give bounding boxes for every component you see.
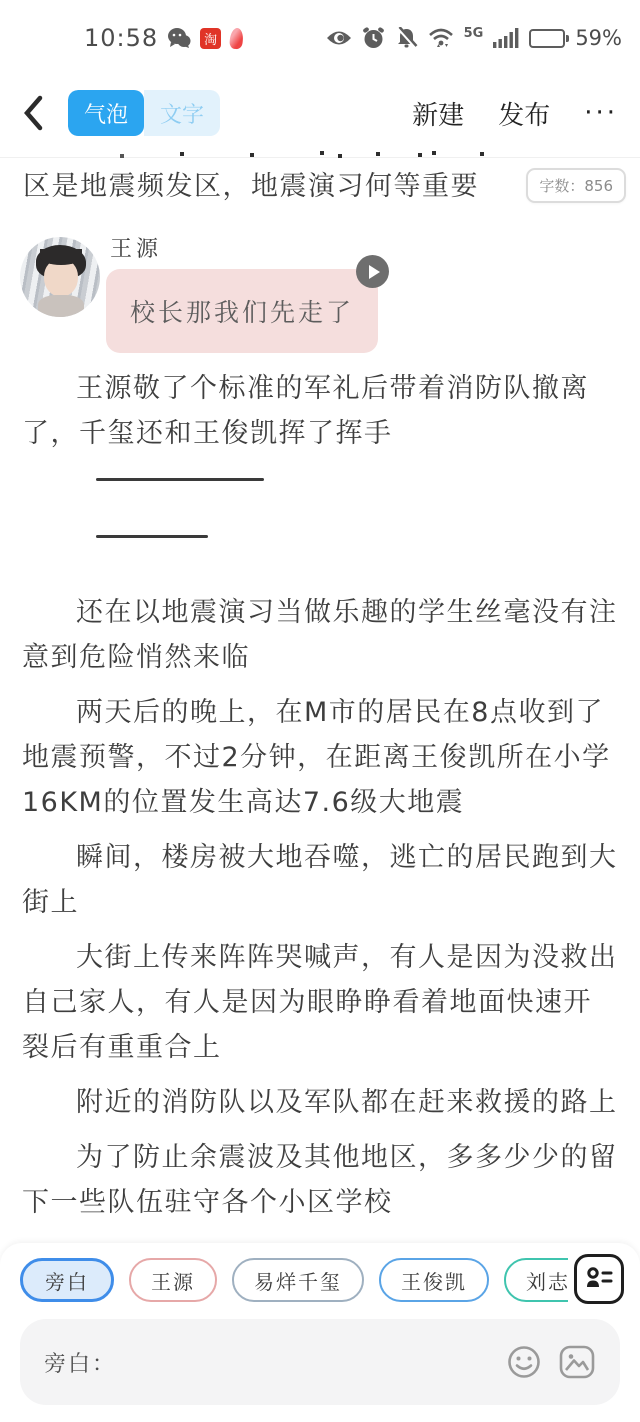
chip-wangyuan[interactable]: 王源 — [129, 1258, 217, 1302]
message-input[interactable]: 旁白： — [20, 1319, 620, 1405]
emoji-icon[interactable] — [506, 1344, 542, 1380]
bell-muted-icon — [395, 27, 418, 49]
chip-yiyangqianxi[interactable]: 易烊千玺 — [232, 1258, 364, 1302]
story-line-top[interactable]: 区是地震频发区，地震演习何等重要 — [23, 164, 526, 203]
status-bar: 10:58 淘 5G 59% — [0, 0, 640, 62]
story-paragraph[interactable]: 为了防止余震波及其他地区，多多少少的留下一些队伍驻守各个小区学校 — [22, 1135, 620, 1225]
tab-bubble-mode[interactable]: 气泡 — [68, 90, 144, 136]
story-paragraph[interactable]: 还在以地震演习当做乐趣的学生丝毫没有注意到危险悄然来临 — [22, 590, 620, 680]
play-audio-button[interactable] — [356, 255, 389, 288]
chat-bubble[interactable]: 校长那我们先走了 — [106, 269, 378, 353]
clipped-text-fragments — [180, 152, 184, 156]
flame-icon — [229, 27, 244, 49]
taobao-icon: 淘 — [200, 28, 221, 49]
chip-liuzhi[interactable]: 刘志 — [504, 1258, 568, 1302]
composer-panel: 旁白 王源 易烊千玺 王俊凯 刘志 旁白： — [0, 1243, 640, 1422]
story-body[interactable]: 王源敬了个标准的军礼后带着消防队撤离了，千玺还和王俊凯挥了挥手 还在以地震演习当… — [22, 366, 620, 1235]
back-button[interactable] — [22, 93, 52, 133]
mode-toggle: 气泡 文字 — [68, 90, 220, 136]
network-type-label: 5G — [464, 26, 484, 41]
story-paragraph[interactable]: 两天后的晚上，在M市的居民在8点收到了地震预警，不过2分钟，在距离王俊凯所在小学… — [22, 690, 620, 825]
signal-bars-icon — [493, 28, 519, 48]
story-paragraph[interactable]: 附近的消防队以及军队都在赶来救援的路上 — [22, 1080, 620, 1125]
tab-text-mode[interactable]: 文字 — [144, 90, 220, 136]
input-prefix-label: 旁白： — [44, 1347, 116, 1378]
text-divider-line — [96, 478, 264, 481]
text-divider-line — [96, 535, 208, 538]
wechat-icon — [167, 27, 191, 49]
character-list-button[interactable] — [574, 1254, 624, 1304]
image-icon[interactable] — [558, 1344, 596, 1380]
chip-wangjunkai[interactable]: 王俊凯 — [379, 1258, 489, 1302]
header-divider — [0, 157, 640, 158]
story-paragraph[interactable]: 瞬间，楼房被大地吞噬，逃亡的居民跑到大街上 — [22, 835, 620, 925]
story-paragraph[interactable]: 王源敬了个标准的军礼后带着消防队撤离了，千玺还和王俊凯挥了挥手 — [22, 366, 620, 456]
word-count-badge: 字数：856 — [526, 168, 626, 203]
battery-percent: 59% — [575, 26, 622, 50]
eye-comfort-icon — [326, 29, 352, 47]
more-menu-button[interactable]: ··· — [584, 98, 618, 128]
battery-icon — [529, 29, 565, 48]
chat-message[interactable]: 王源 校长那我们先走了 — [20, 228, 620, 358]
clock-time: 10:58 — [84, 24, 158, 52]
avatar[interactable] — [20, 237, 100, 317]
new-button[interactable]: 新建 — [412, 95, 464, 132]
character-name: 王源 — [110, 232, 162, 263]
app-screen: 10:58 淘 5G 59% — [0, 0, 640, 1422]
nav-bar: 气泡 文字 新建 发布 ··· — [0, 80, 640, 146]
publish-button[interactable]: 发布 — [498, 95, 550, 132]
story-paragraph[interactable]: 大街上传来阵阵哭喊声，有人是因为没救出自己家人，有人是因为眼睁睁看着地面快速开裂… — [22, 935, 620, 1070]
wifi-icon — [428, 28, 454, 49]
alarm-icon — [362, 27, 385, 49]
character-chip-row: 旁白 王源 易烊千玺 王俊凯 刘志 — [20, 1256, 568, 1304]
chip-narrator[interactable]: 旁白 — [20, 1258, 114, 1302]
